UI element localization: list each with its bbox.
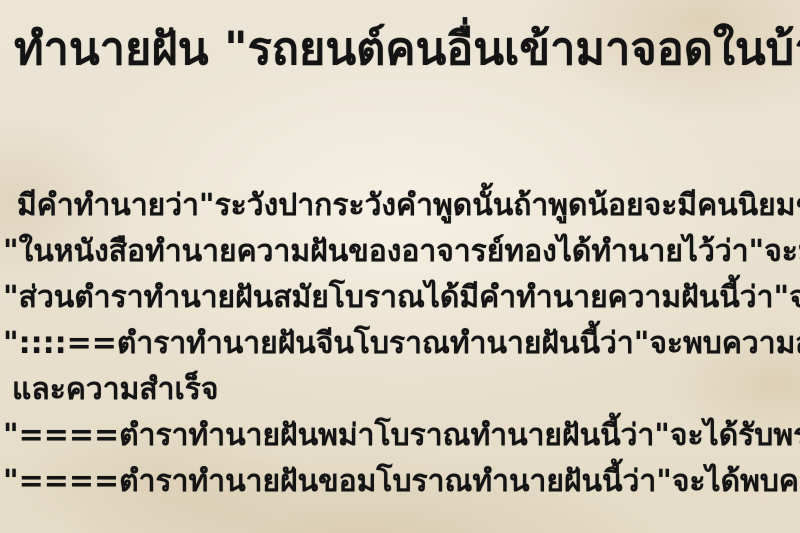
- page-title: ทำนายฝัน "รถยนต์คนอื่นเข้ามาจอดในบ้าน: [0, 0, 800, 80]
- text-line-4: "::::==ตำราทำนายฝันจีนโบราณทำนายฝันนี้ว่…: [0, 321, 800, 367]
- text-line-3: "ส่วนตำราทำนายฝันสมัยโบราณได้มีคำทำนายคว…: [0, 275, 800, 321]
- body-text: มีคำทำนายว่า"ระวังปากระวังคำพูดนั้นถ้าพู…: [0, 183, 800, 505]
- text-line-1: มีคำทำนายว่า"ระวังปากระวังคำพูดนั้นถ้าพู…: [0, 183, 800, 229]
- text-line-7: "====ตำราทำนายฝันขอมโบราณทำนายฝันนี้ว่า"…: [0, 459, 800, 505]
- text-line-6: "====ตำราทำนายฝันพม่าโบราณทำนายฝันนี้ว่า…: [0, 413, 800, 459]
- paper-page: ทำนายฝัน "รถยนต์คนอื่นเข้ามาจอดในบ้าน มี…: [0, 0, 800, 533]
- text-line-5: และความสำเร็จ: [0, 367, 800, 413]
- text-line-2: "ในหนังสือทำนายความฝันของอาจารย์ทองได้ทำ…: [0, 229, 800, 275]
